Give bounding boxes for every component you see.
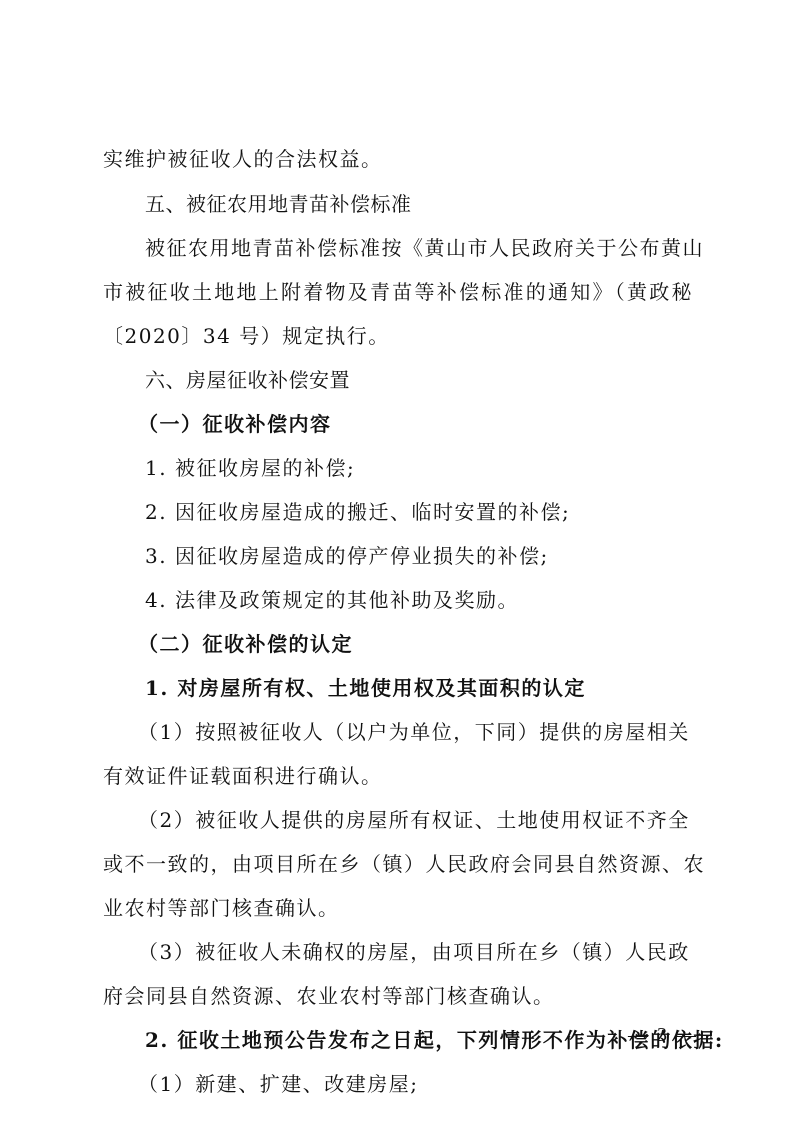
paragraph-line: 〔2020〕34 号）规定执行。 bbox=[103, 322, 693, 350]
page-number: — 3 — bbox=[628, 1024, 698, 1047]
paragraph-line: 被征农用地青苗补偿标准按《黄山市人民政府关于公布黄山 bbox=[145, 234, 693, 262]
paragraph-line: 府会同县自然资源、农业农村等部门核查确认。 bbox=[103, 982, 693, 1010]
paragraph-line: （3）被征收人未确权的房屋，由项目所在乡（镇）人民政 bbox=[138, 938, 686, 966]
paragraph-line: 市被征收土地地上附着物及青苗等补偿标准的通知》（黄政秘 bbox=[103, 278, 693, 306]
section-heading-5: 五、被征农用地青苗补偿标准 bbox=[145, 190, 735, 218]
paragraph-line: （1）按照被征收人（以户为单位，下同）提供的房屋相关 bbox=[138, 718, 686, 746]
list-item: 2. 因征收房屋造成的搬迁、临时安置的补偿; bbox=[145, 498, 735, 526]
paragraph-line: （2）被征收人提供的房屋所有权证、土地使用权证不齐全 bbox=[138, 806, 686, 834]
paragraph-continuation: 实维护被征收人的合法权益。 bbox=[103, 145, 693, 173]
paragraph-line: 或不一致的，由项目所在乡（镇）人民政府会同县自然资源、农 bbox=[103, 850, 693, 878]
subsection-heading-1: （一）征收补偿内容 bbox=[138, 410, 728, 438]
list-item: 3. 因征收房屋造成的停产停业损失的补偿; bbox=[145, 542, 735, 570]
list-item: （1）新建、扩建、改建房屋; bbox=[138, 1070, 728, 1098]
item-heading-1: 1. 对房屋所有权、土地使用权及其面积的认定 bbox=[145, 674, 735, 702]
paragraph-line: 有效证件证载面积进行确认。 bbox=[103, 762, 693, 790]
list-item: 1. 被征收房屋的补偿; bbox=[145, 454, 735, 482]
document-page: 实维护被征收人的合法权益。 五、被征农用地青苗补偿标准 被征农用地青苗补偿标准按… bbox=[0, 0, 793, 1122]
subsection-heading-2: （二）征收补偿的认定 bbox=[138, 630, 728, 658]
list-item: 4. 法律及政策规定的其他补助及奖励。 bbox=[145, 586, 735, 614]
section-heading-6: 六、房屋征收补偿安置 bbox=[145, 366, 735, 394]
paragraph-line: 业农村等部门核查确认。 bbox=[103, 894, 693, 922]
